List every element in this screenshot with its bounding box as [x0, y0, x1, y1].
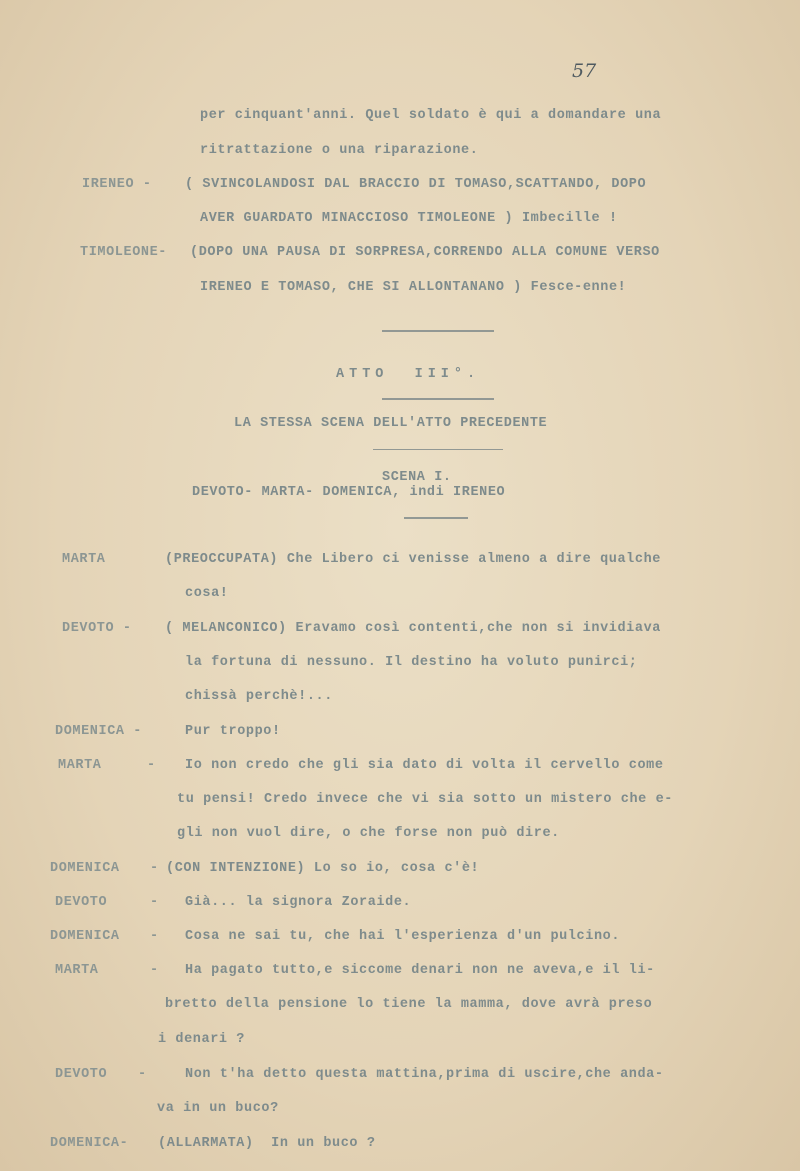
divider [382, 398, 494, 400]
speaker-name: DEVOTO [55, 895, 107, 910]
dialogue-text: Ha pagato tutto,e siccome denari non ne … [185, 963, 655, 978]
scene-characters: DEVOTO- MARTA- DOMENICA, indi IRENEO [192, 485, 505, 500]
divider [404, 517, 468, 519]
speaker-name: DOMENICA [50, 929, 120, 944]
speaker-name: DEVOTO - [62, 621, 132, 636]
dash: - [150, 963, 159, 978]
stage-direction: ( SVINCOLANDOSI DAL BRACCIO DI TOMASO,SC… [185, 177, 646, 192]
dialogue-text: chissà perchè!... [185, 689, 333, 704]
speaker-name: DOMENICA - [55, 724, 142, 739]
speaker-name: DOMENICA- [50, 1136, 128, 1151]
dialogue-text: Pur troppo! [185, 724, 281, 739]
dialogue-text: Io non credo che gli sia dato di volta i… [185, 758, 664, 773]
stage-direction: AVER GUARDATO MINACCIOSO TIMOLEONE ) Imb… [200, 211, 618, 226]
dash: - [150, 895, 159, 910]
stage-direction: (DOPO UNA PAUSA DI SORPRESA,CORRENDO ALL… [190, 245, 660, 260]
divider [382, 330, 494, 332]
text-line: per cinquant'anni. Quel soldato è qui a … [200, 108, 661, 123]
dash: - [150, 861, 159, 876]
text-line: ritrattazione o una riparazione. [200, 143, 478, 158]
dialogue-text: bretto della pensione lo tiene la mamma,… [165, 997, 652, 1012]
act-setting: LA STESSA SCENA DELL'ATTO PRECEDENTE [234, 416, 547, 431]
dialogue-text: (ALLARMATA) In un buco ? [158, 1136, 376, 1151]
dialogue-text: cosa! [185, 586, 229, 601]
stage-direction: IRENEO E TOMASO, CHE SI ALLONTANANO ) Fe… [200, 280, 626, 295]
dialogue-text: Cosa ne sai tu, che hai l'esperienza d'u… [185, 929, 620, 944]
dialogue-text: tu pensi! Credo invece che vi sia sotto … [177, 792, 673, 807]
speaker-name: MARTA [55, 963, 99, 978]
divider [373, 449, 503, 450]
speaker-name: MARTA [58, 758, 102, 773]
dialogue-text: (PREOCCUPATA) Che Libero ci venisse alme… [165, 552, 661, 567]
scene-number: SCENA I. [382, 470, 452, 485]
dash: - [150, 929, 159, 944]
typewritten-page: 57 per cinquant'anni. Quel soldato è qui… [0, 0, 800, 1171]
act-title: ATTO III°. [336, 367, 480, 382]
dash: - [147, 758, 156, 773]
dialogue-text: Già... la signora Zoraide. [185, 895, 411, 910]
speaker-name: IRENEO - [82, 177, 152, 192]
speaker-name: DOMENICA [50, 861, 120, 876]
page-number: 57 [572, 60, 596, 82]
dialogue-text: va in un buco? [157, 1101, 279, 1116]
speaker-name: TIMOLEONE- [80, 245, 167, 260]
dialogue-text: la fortuna di nessuno. Il destino ha vol… [185, 655, 637, 670]
dialogue-text: Non t'ha detto questa mattina,prima di u… [185, 1067, 664, 1082]
dash: - [138, 1067, 147, 1082]
speaker-name: MARTA [62, 552, 106, 567]
speaker-name: DEVOTO [55, 1067, 107, 1082]
dialogue-text: (CON INTENZIONE) Lo so io, cosa c'è! [166, 861, 479, 876]
dialogue-text: i denari ? [158, 1032, 245, 1047]
dialogue-text: ( MELANCONICO) Eravamo così contenti,che… [165, 621, 661, 636]
dialogue-text: gli non vuol dire, o che forse non può d… [177, 826, 560, 841]
